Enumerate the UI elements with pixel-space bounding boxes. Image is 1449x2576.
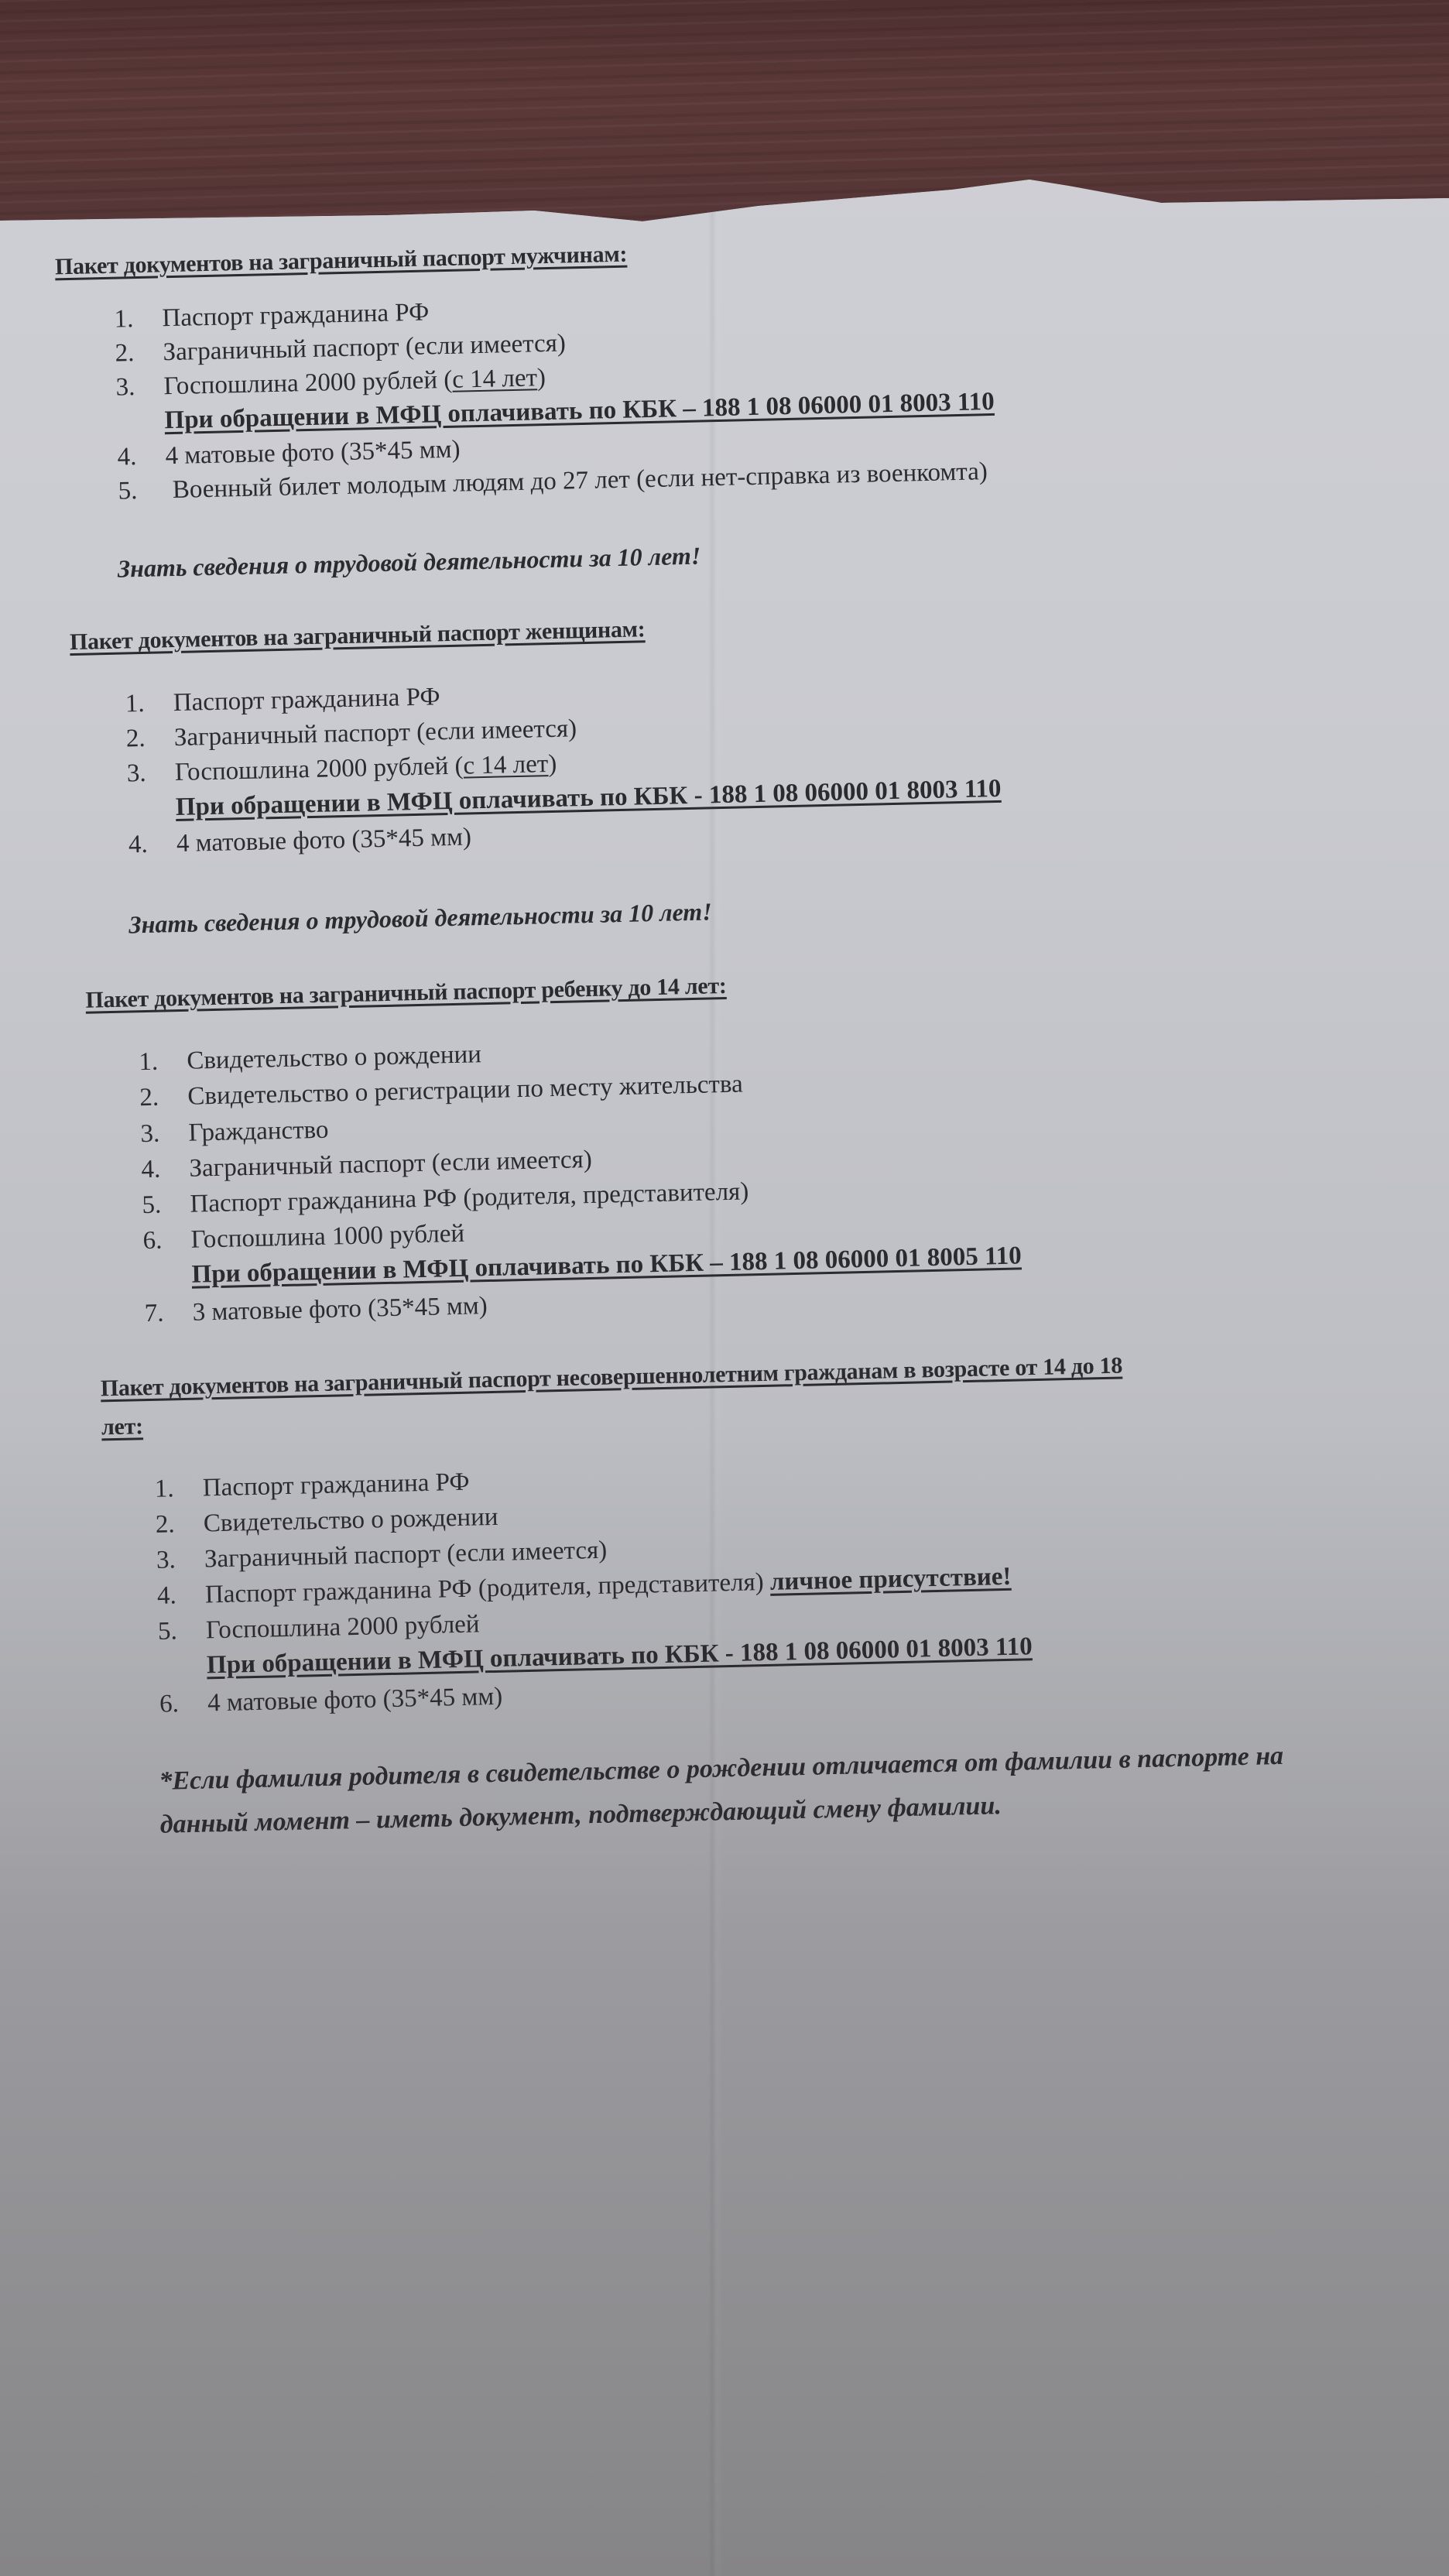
section-heading-minors-14-18-cont: лет:: [101, 1413, 143, 1440]
wooden-table-background: [0, 0, 1449, 232]
personal-presence-note: личное присутствие!: [770, 1563, 1012, 1596]
list-item: 3.Гражданство: [140, 1116, 329, 1149]
